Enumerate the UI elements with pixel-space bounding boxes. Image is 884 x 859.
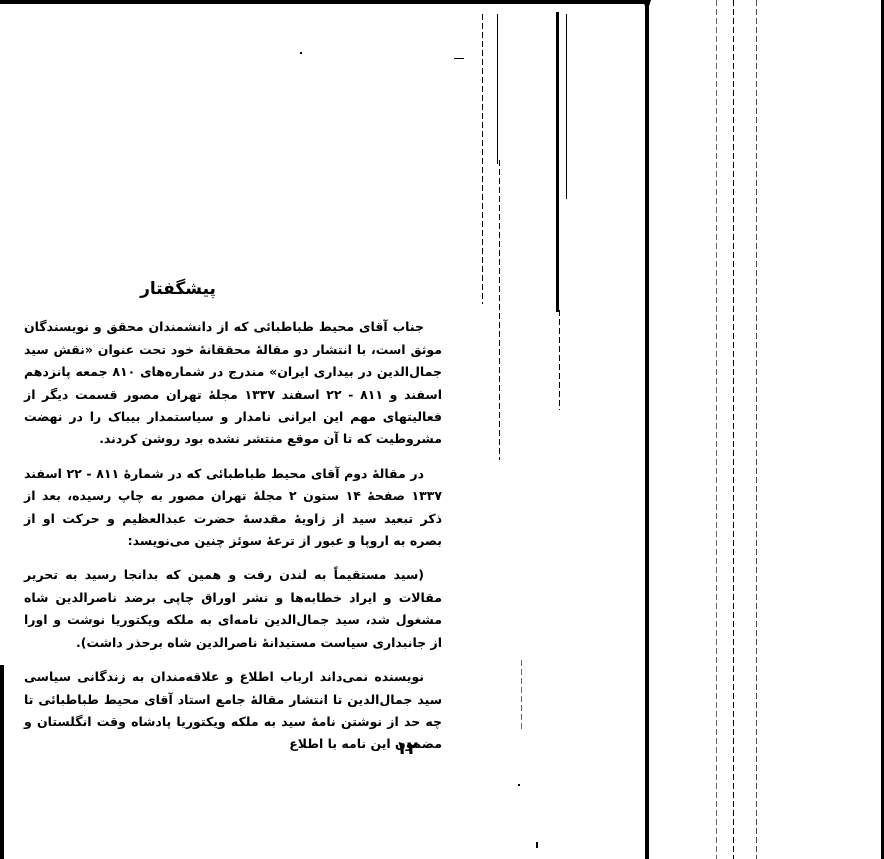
scan-artifact-line	[559, 310, 560, 410]
scan-left-edge	[0, 665, 4, 859]
scan-artifact-line	[499, 160, 500, 460]
scan-artifact-line	[733, 0, 734, 859]
scan-speck	[518, 784, 520, 786]
scan-speck	[300, 52, 302, 54]
scan-artifact-line	[566, 14, 567, 199]
document-body: پیشگفتار جناب آقای محیط طباطبائی که از د…	[24, 278, 442, 768]
scan-artifact-line	[482, 14, 483, 304]
scan-artifact-line	[497, 14, 498, 164]
paragraph-quote: (سید مستقیماً به لندن رفت و همین که بدان…	[24, 564, 442, 654]
scan-artifact-line	[756, 0, 757, 859]
paragraph-1: جناب آقای محیط طباطبائی که از دانشمندان …	[24, 316, 442, 450]
scan-top-border	[0, 0, 646, 4]
document-heading: پیشگفتار	[24, 278, 442, 300]
scan-speck	[536, 842, 538, 848]
scan-speck	[454, 58, 464, 59]
scan-artifact-line	[521, 660, 522, 730]
scan-artifact-line	[716, 0, 717, 859]
scan-artifact-line	[556, 12, 559, 312]
paragraph-4: نویسنده نمی‌داند ارباب اطلاع و علاقه‌مند…	[24, 666, 442, 756]
scan-page-gutter	[645, 0, 649, 859]
page-number: ۱۲	[396, 738, 418, 759]
paragraph-2: در مقالهٔ دوم آقای محیط طباطبائی که در ش…	[24, 463, 442, 553]
